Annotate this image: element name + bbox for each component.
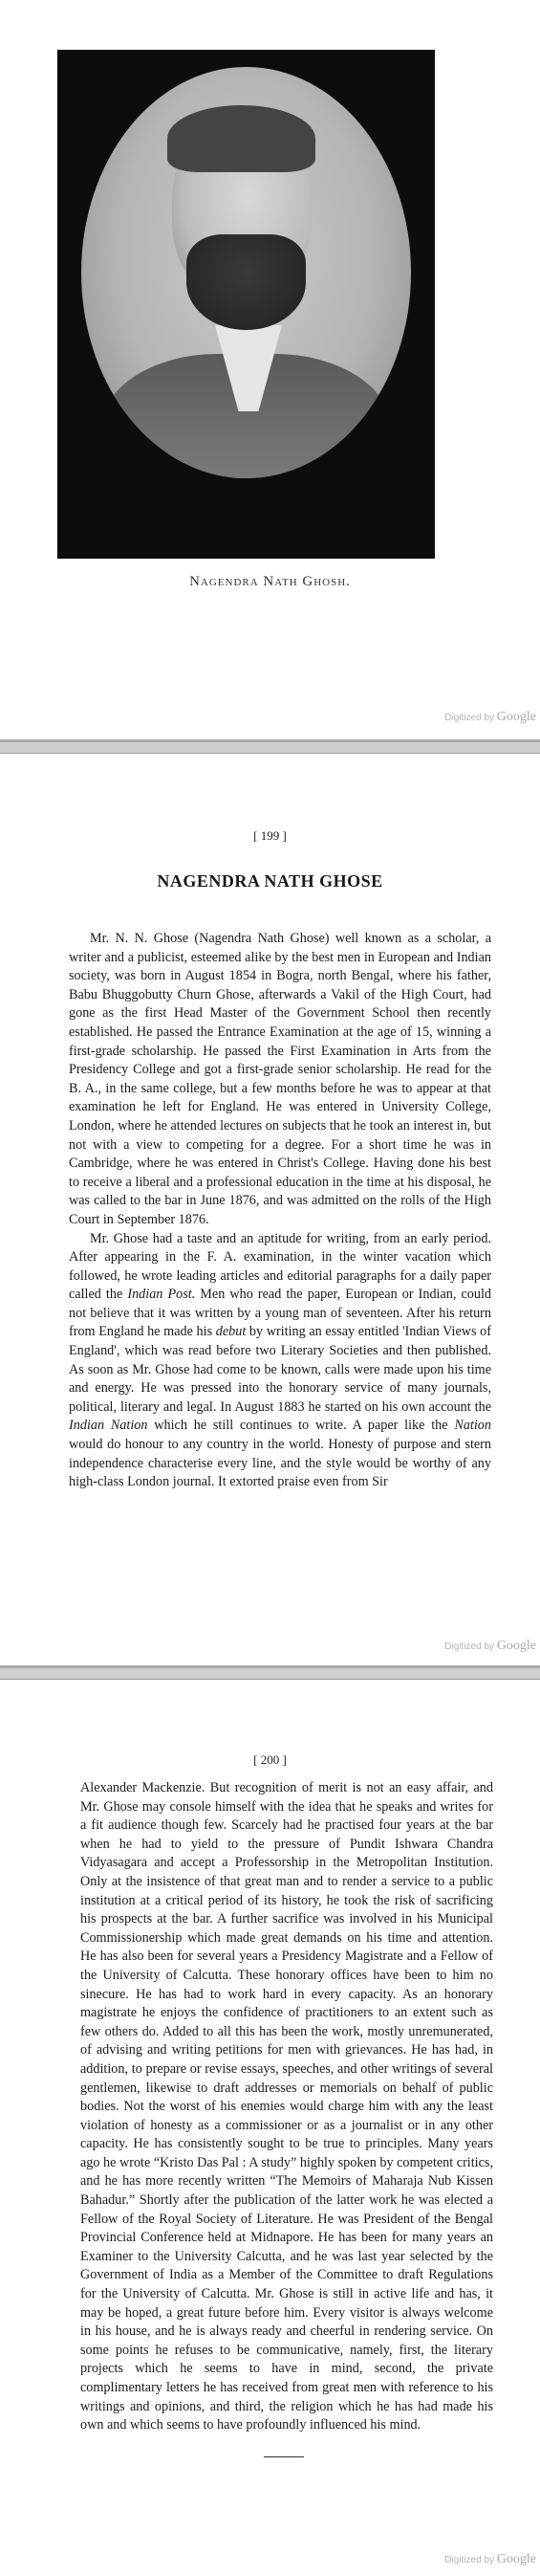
article-body: Alexander Mackenzie. But recognition of … <box>80 1779 493 2435</box>
watermark-prefix: Digitized by <box>444 713 494 723</box>
watermark-prefix: Digitized by <box>444 1641 494 1652</box>
italic-title: Nation <box>454 1418 491 1433</box>
paragraph: Mr. Ghose had a taste and an aptitude fo… <box>69 1230 491 1492</box>
digitized-by-google-watermark: Digitized by Google <box>444 710 536 725</box>
page-number: [ 200 ] <box>0 1752 540 1768</box>
page-title: NAGENDRA NATH GHOSE <box>0 871 540 892</box>
page-200: [ 200 ] Alexander Mackenzie. But recogni… <box>0 1680 540 2576</box>
portrait-photo <box>57 50 435 559</box>
end-rule <box>264 2456 304 2457</box>
watermark-brand: Google <box>497 1639 536 1653</box>
portrait-beard <box>186 234 306 330</box>
watermark-brand: Google <box>497 710 536 724</box>
digitized-by-google-watermark: Digitized by Google <box>444 2552 536 2567</box>
text-run: would do honour to any country in the wo… <box>69 1437 491 1489</box>
text-run: which he still continues to write. A pap… <box>147 1418 454 1433</box>
italic-word: debut <box>216 1324 247 1339</box>
page-portrait: Nagendra Nath Ghosh. Digitized by Google <box>0 0 540 739</box>
page-separator <box>0 1665 540 1680</box>
page-199: [ 199 ] NAGENDRA NATH GHOSE Mr. N. N. Gh… <box>0 754 540 1665</box>
italic-title: Indian Post. <box>127 1287 195 1302</box>
page-number: [ 199 ] <box>0 828 540 844</box>
portrait-oval-frame <box>81 67 411 478</box>
page-separator <box>0 739 540 754</box>
portrait-hair <box>167 105 315 172</box>
paragraph: Alexander Mackenzie. But recognition of … <box>80 1779 493 2435</box>
digitized-by-google-watermark: Digitized by Google <box>444 1639 536 1654</box>
paragraph: Mr. N. N. Ghose (Nagendra Nath Ghose) we… <box>69 930 491 1230</box>
watermark-brand: Google <box>497 2552 536 2566</box>
article-body: Mr. N. N. Ghose (Nagendra Nath Ghose) we… <box>69 930 491 1492</box>
portrait-caption: Nagendra Nath Ghosh. <box>0 574 540 590</box>
watermark-prefix: Digitized by <box>444 2555 494 2565</box>
italic-title: Indian Nation <box>69 1418 147 1433</box>
